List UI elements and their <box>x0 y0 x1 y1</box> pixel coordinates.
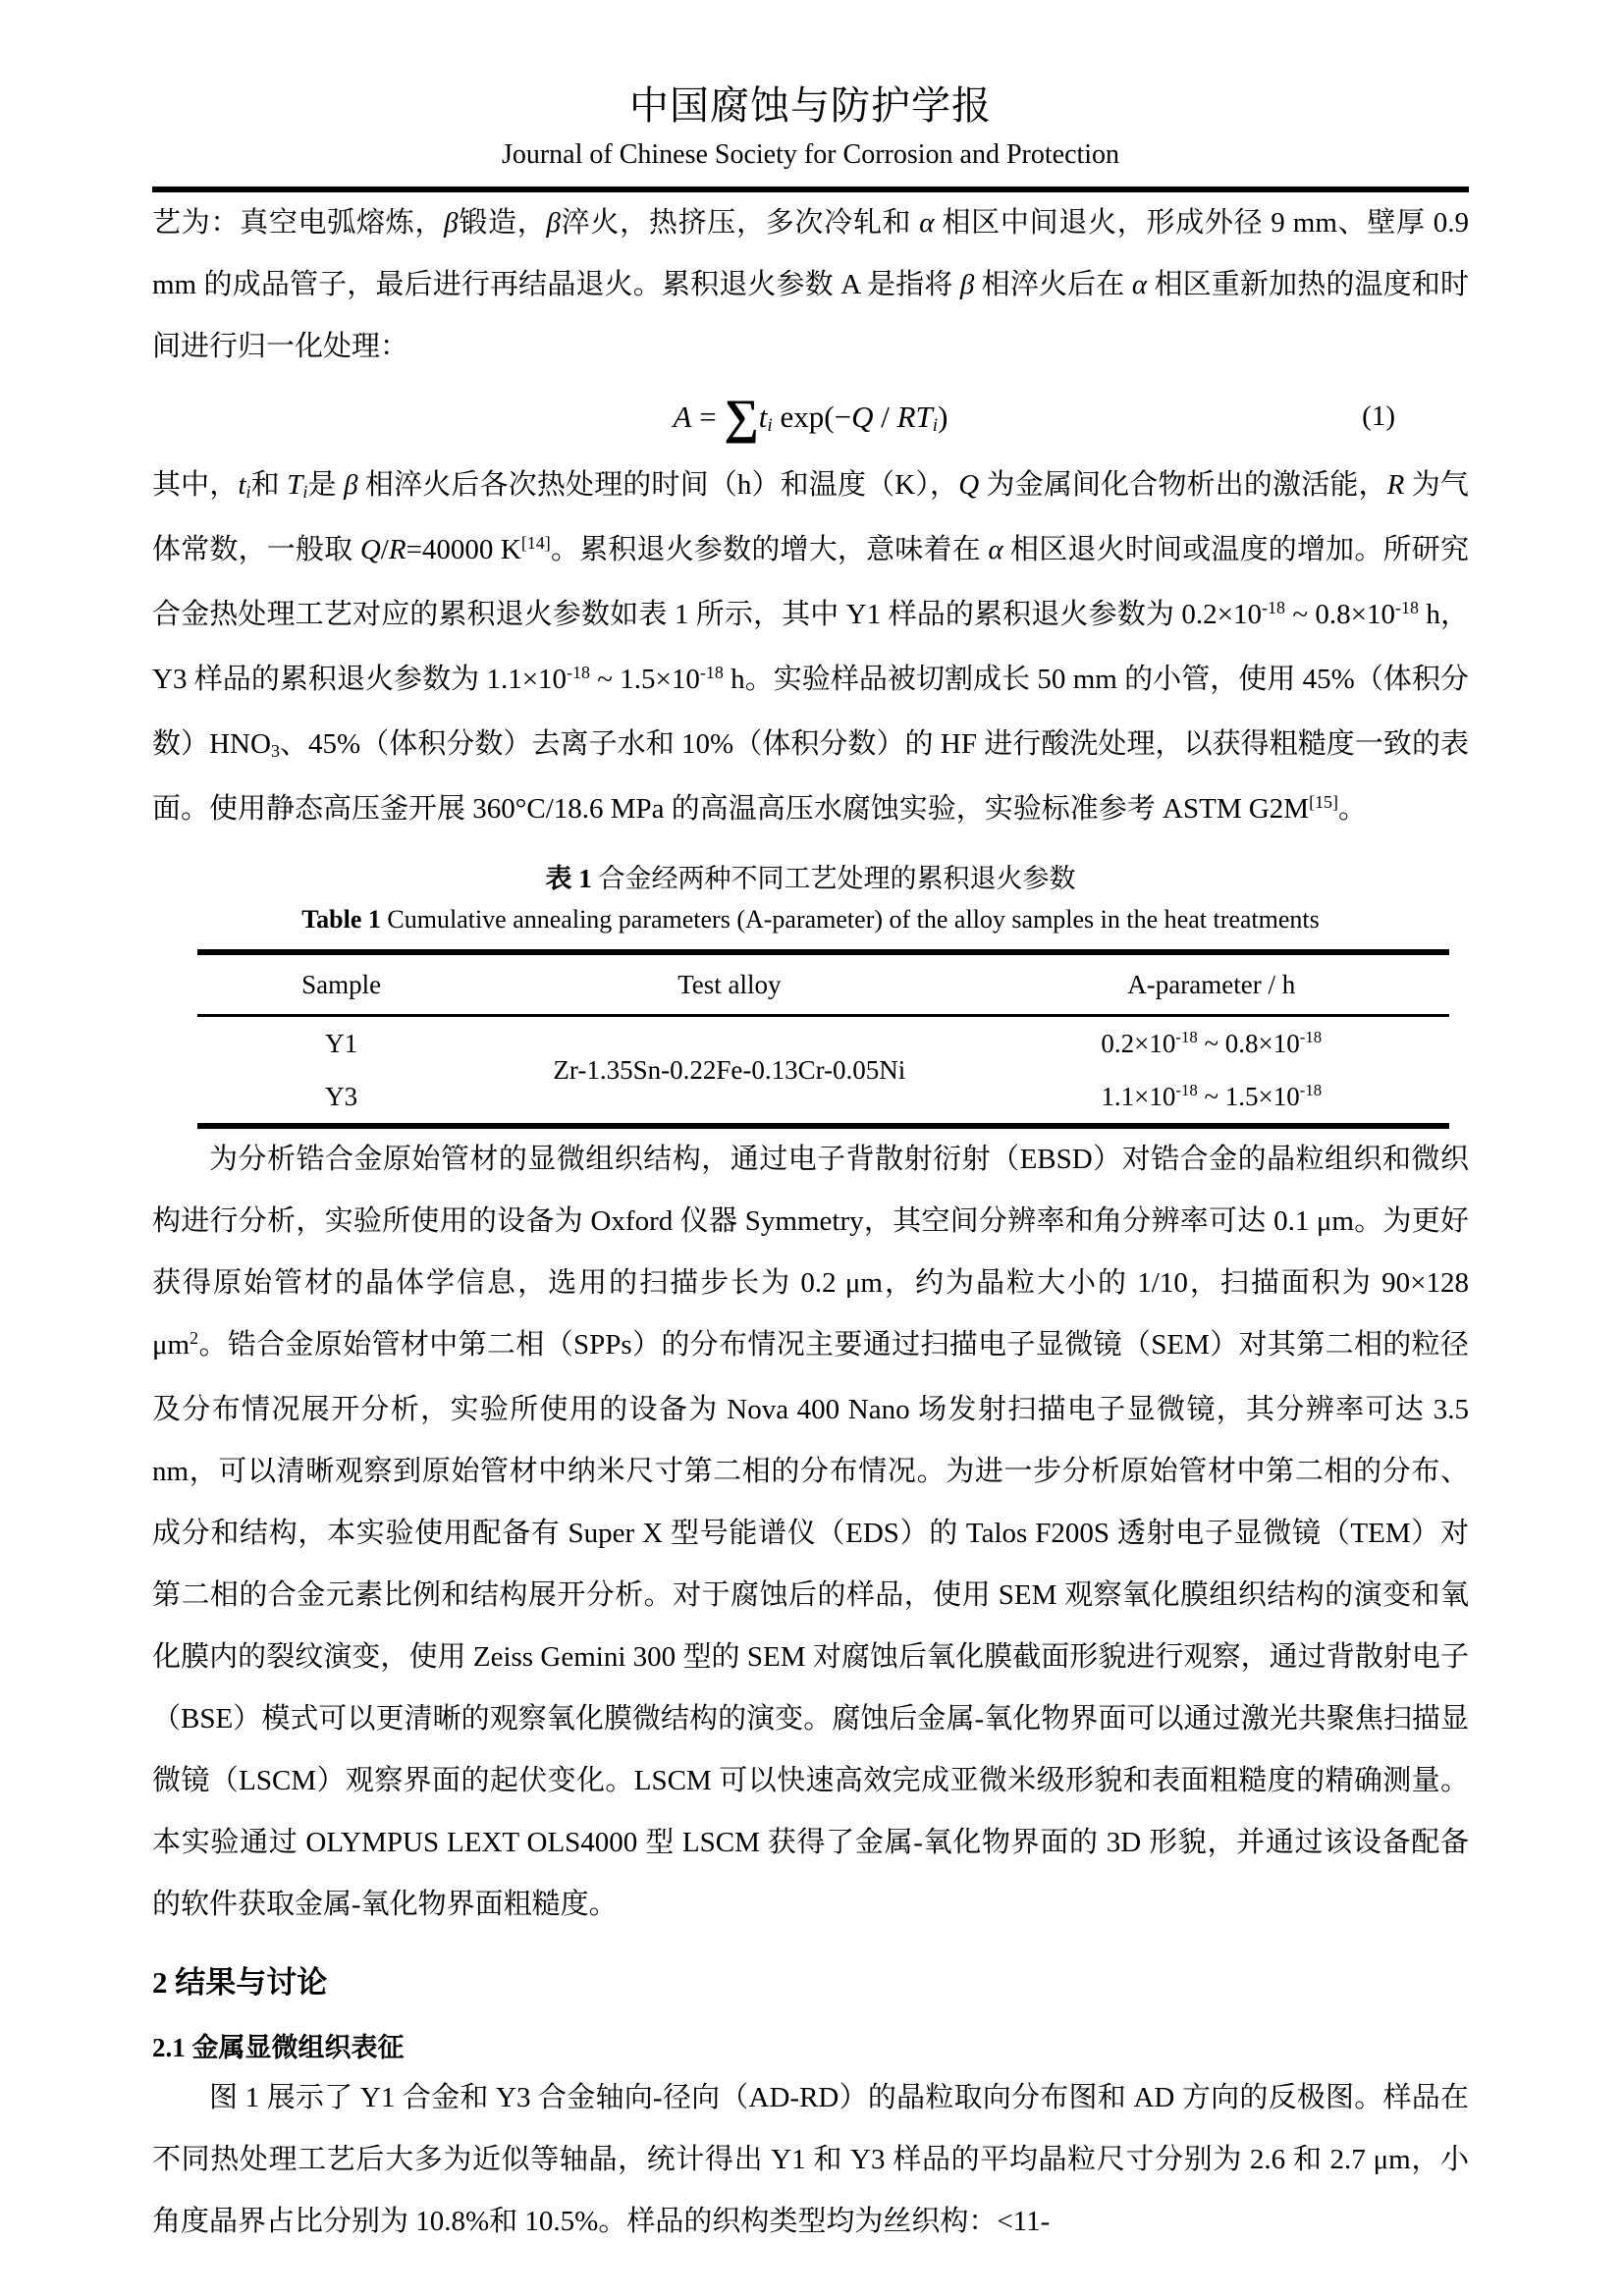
column-header-test-alloy: Test alloy <box>485 952 973 1016</box>
cell-a-parameter-y3: 1.1×10-18 ~ 1.5×10-18 <box>974 1070 1450 1126</box>
cell-test-alloy: Zr-1.35Sn-0.22Fe-0.13Cr-0.05Ni <box>485 1016 973 1127</box>
section-heading-results: 2 结果与讨论 <box>152 1961 1469 2004</box>
equation-a-parameter: A = ∑ti exp(−Q / RTi) <box>674 389 948 445</box>
paragraph-process: 艺为：真空电弧熔炼，β锻造，β淬火，热挤压，多次冷轧和 α 相区中间退火，形成外… <box>152 192 1469 378</box>
cell-sample-y3: Y3 <box>197 1070 485 1126</box>
paragraph-a-parameter-detail: 其中，ti和 Ti是 β 相淬火后各次热处理的时间（h）和温度（K），Q 为金属… <box>152 454 1469 843</box>
column-header-a-parameter: A-parameter / h <box>974 952 1450 1016</box>
table-caption-en: Table 1 Cumulative annealing parameters … <box>152 900 1469 939</box>
subsection-heading-microstructure: 2.1 金属显微组织表征 <box>152 2028 1469 2067</box>
equation-block: A = ∑ti exp(−Q / RTi) (1) <box>152 378 1469 454</box>
paragraph-characterization-methods: 为分析锆合金原始管材的显微组织结构，通过电子背散射衍射（EBSD）对锆合金的晶粒… <box>152 1129 1469 1936</box>
equation-number: (1) <box>1362 400 1469 433</box>
journal-title-en: Journal of Chinese Society for Corrosion… <box>152 135 1469 175</box>
table-caption-zh: 表 1 合金经两种不同工艺处理的累积退火参数 <box>152 859 1469 898</box>
column-header-sample: Sample <box>197 952 485 1016</box>
table-row-y1: Y1 Zr-1.35Sn-0.22Fe-0.13Cr-0.05Ni 0.2×10… <box>197 1016 1449 1071</box>
paragraph-ebsd-results: 图 1 展示了 Y1 合金和 Y3 合金轴向-径向（AD-RD）的晶粒取向分布图… <box>152 2067 1469 2253</box>
cell-sample-y1: Y1 <box>197 1016 485 1071</box>
table-header-row: Sample Test alloy A-parameter / h <box>197 952 1449 1016</box>
journal-title-zh: 中国腐蚀与防护学报 <box>152 0 1469 130</box>
journal-page: 中国腐蚀与防护学报 Journal of Chinese Society for… <box>0 0 1624 2296</box>
cell-a-parameter-y1: 0.2×10-18 ~ 0.8×10-18 <box>974 1016 1450 1071</box>
annealing-parameters-table: Sample Test alloy A-parameter / h Y1 Zr-… <box>197 949 1449 1129</box>
page-content: 中国腐蚀与防护学报 Journal of Chinese Society for… <box>0 0 1624 2253</box>
